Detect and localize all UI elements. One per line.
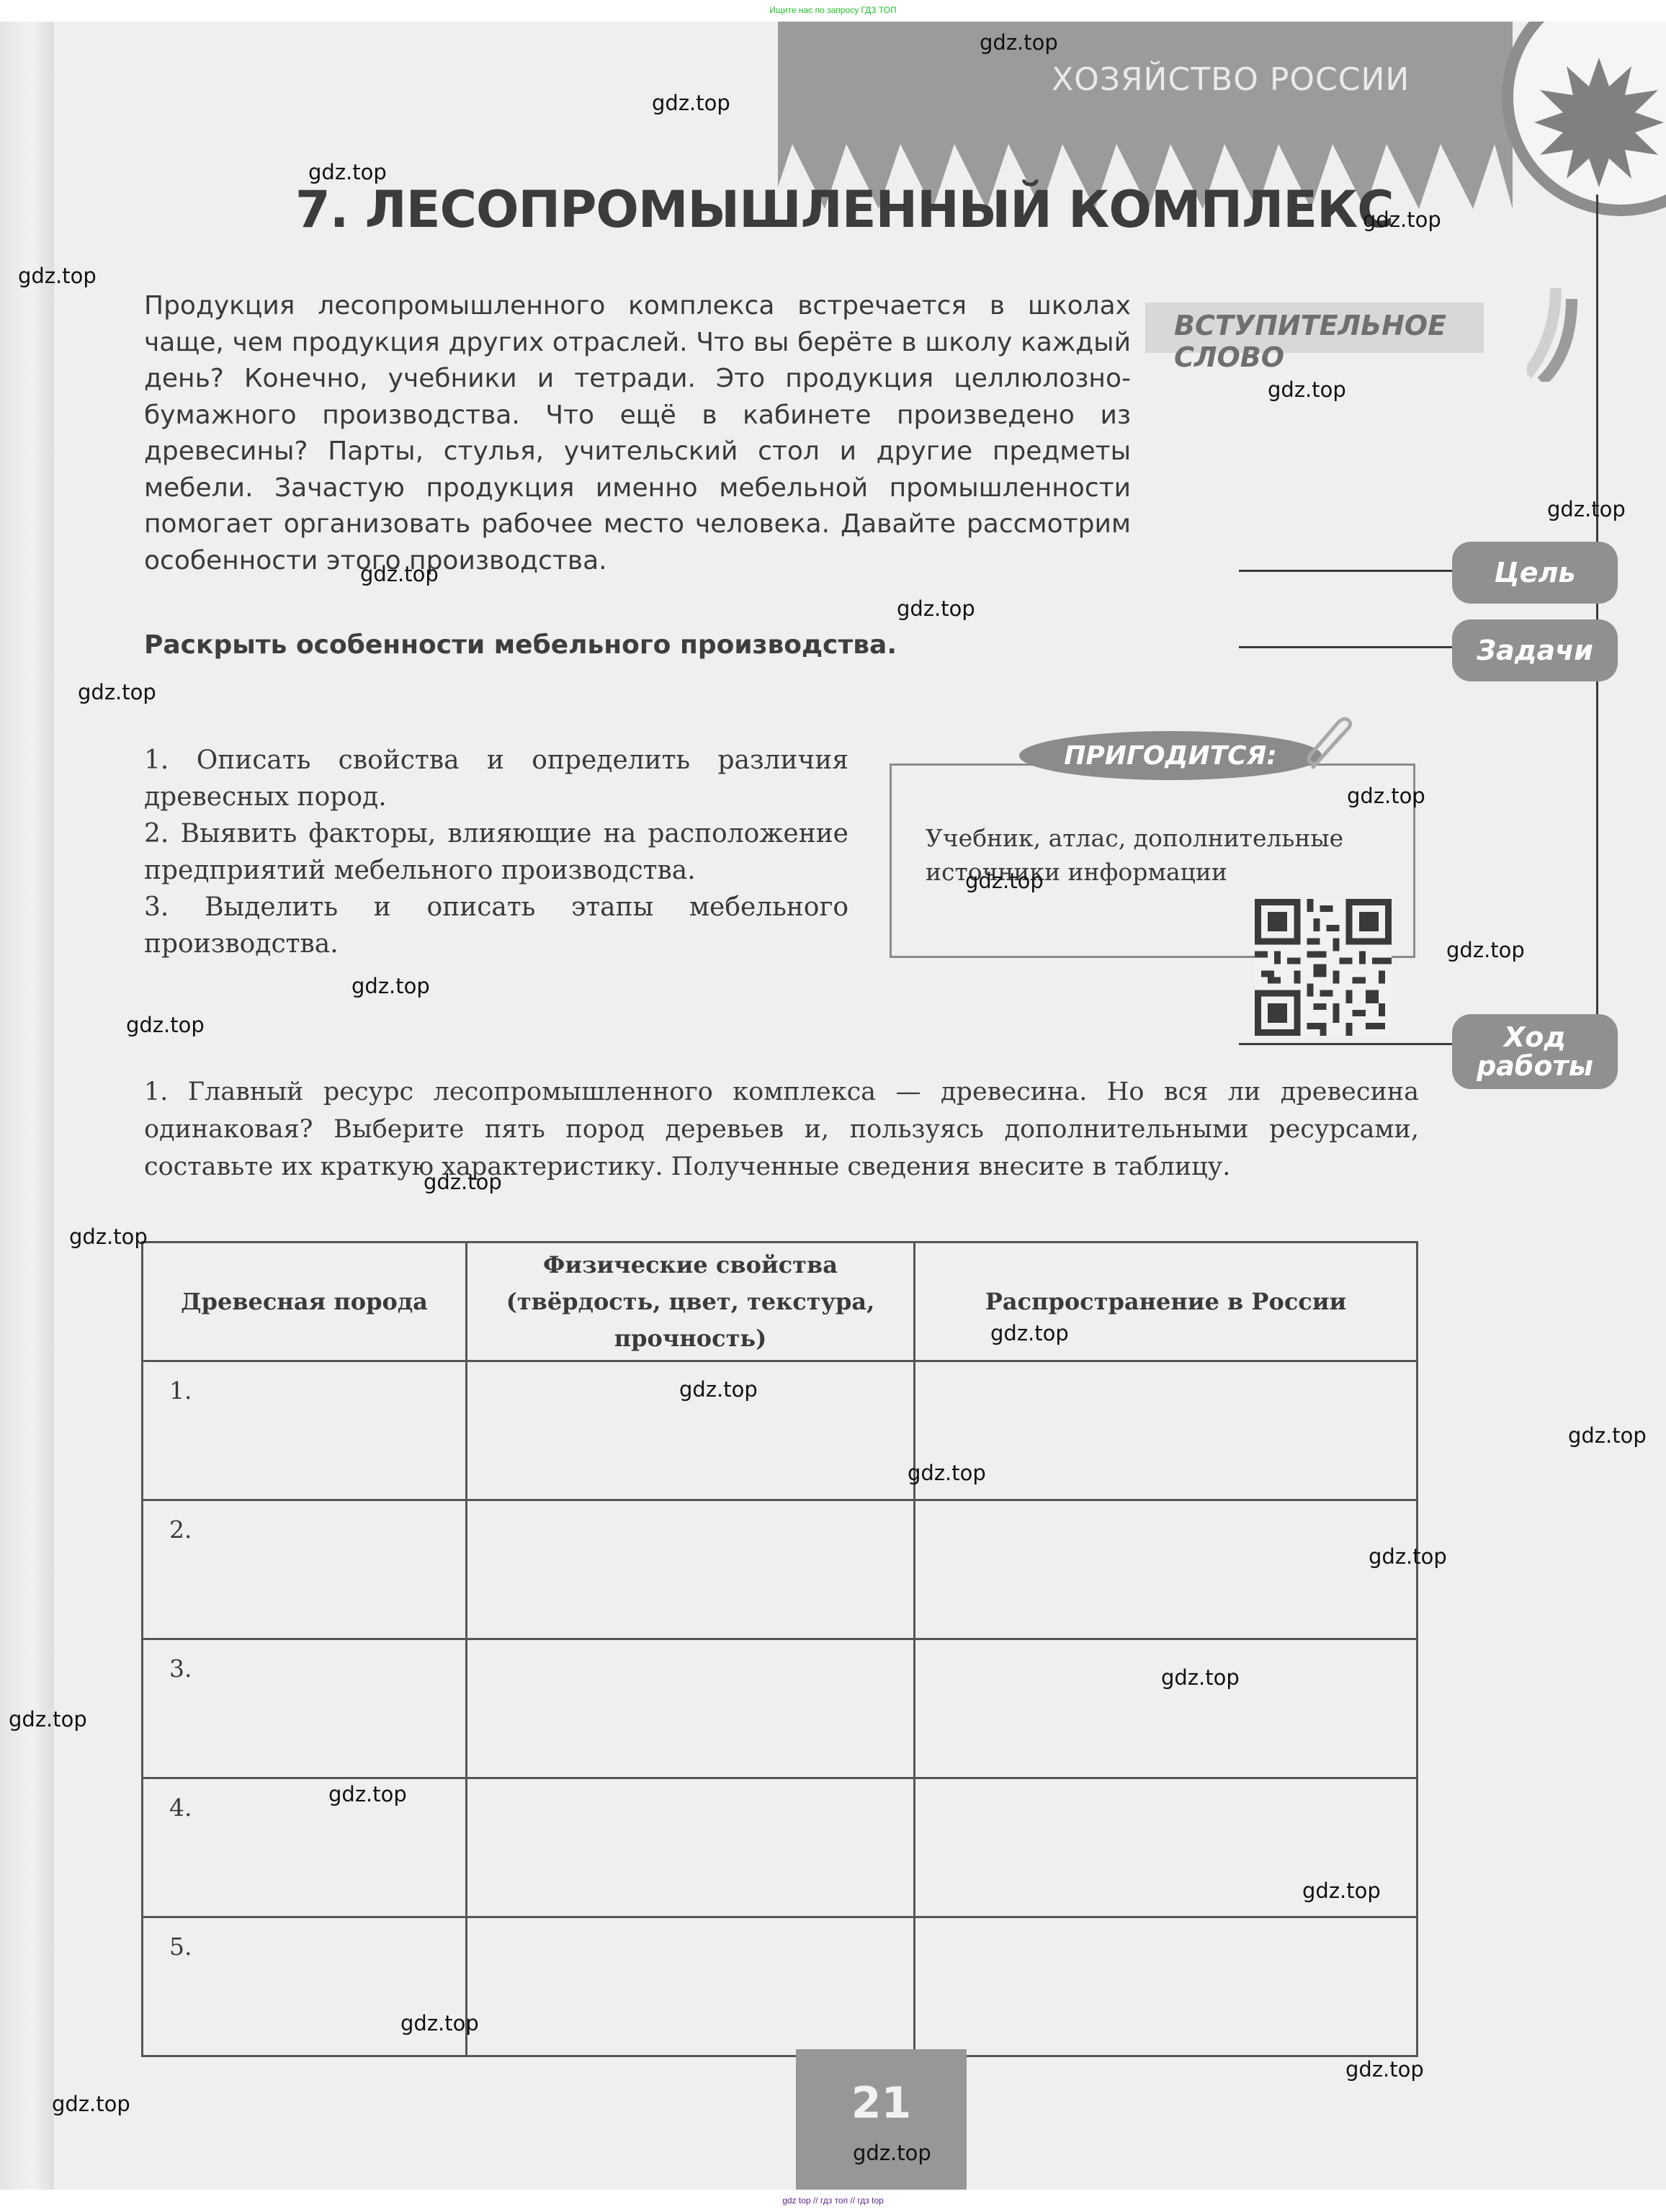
watermark: gdz.top	[1268, 377, 1346, 402]
watermark: gdz.top	[1446, 938, 1525, 962]
star-emblem-icon	[1527, 54, 1666, 191]
column-header-species: Древесная порода	[143, 1242, 467, 1361]
watermark: gdz.top	[424, 1170, 502, 1194]
table-row: 1.	[143, 1361, 1418, 1500]
watermark: gdz.top	[18, 264, 97, 288]
watermark: gdz.top	[1547, 497, 1626, 521]
intro-label-text: ВСТУПИТЕЛЬНОЕ СЛОВО	[1174, 310, 1549, 373]
task-1-text: 1. Главный ресурс лесопромышленного комп…	[144, 1073, 1419, 1186]
goal-tag: Цель	[1452, 542, 1618, 604]
watermark: gdz.top	[400, 2011, 479, 2036]
bottom-banner[interactable]: gdz top // гдз топ // гдз top	[0, 2190, 1666, 2212]
watermark: gdz.top	[990, 1321, 1069, 1345]
watermark: gdz.top	[853, 2141, 931, 2165]
table-row: 5.	[143, 1917, 1418, 2056]
task-item: 1. Описать свойства и определить различи…	[144, 742, 848, 815]
watermark: gdz.top	[908, 1461, 986, 1485]
task-item: 3. Выделить и описать этапы мебельного п…	[144, 889, 848, 962]
column-header-properties: Физические свойства (твёрдость, цвет, те…	[467, 1242, 915, 1361]
task-item: 2. Выявить факторы, влияющие на располож…	[144, 815, 848, 889]
table-row: 3.	[143, 1639, 1418, 1778]
properties-cell[interactable]	[467, 1917, 915, 2056]
arc-decoration	[1527, 281, 1577, 382]
distribution-cell[interactable]	[915, 1639, 1418, 1778]
distribution-cell[interactable]	[915, 1917, 1418, 2056]
page-spine	[0, 22, 54, 2190]
row-number: 4.	[143, 1778, 467, 1917]
watermark: gdz.top	[1568, 1423, 1647, 1448]
watermark: gdz.top	[965, 869, 1044, 893]
watermark: gdz.top	[897, 596, 975, 621]
tasks-tag: Задачи	[1452, 619, 1618, 681]
tasks-connector	[1239, 646, 1452, 648]
watermark: gdz.top	[679, 1377, 758, 1402]
row-number: 2.	[143, 1500, 467, 1639]
watermark: gdz.top	[328, 1782, 407, 1806]
distribution-cell[interactable]	[915, 1361, 1418, 1500]
watermark: gdz.top	[351, 974, 430, 998]
goal-connector	[1239, 570, 1452, 572]
watermark: gdz.top	[1161, 1665, 1240, 1690]
properties-cell[interactable]	[467, 1778, 915, 1917]
top-banner[interactable]: Ищите нас по запросу ГДЗ ТОП	[0, 0, 1666, 22]
goal-text: Раскрыть особенности мебельного производ…	[144, 630, 897, 660]
watermark: gdz.top	[69, 1224, 148, 1249]
workflow-tag: Ход работы	[1452, 1014, 1618, 1089]
watermark: gdz.top	[1345, 2057, 1424, 2082]
watermark: gdz.top	[1363, 207, 1441, 232]
watermark: gdz.top	[1369, 1544, 1447, 1569]
properties-cell[interactable]	[467, 1500, 915, 1639]
page-number: 21	[796, 2078, 967, 2128]
table-header-row: Древесная порода Физические свойства (тв…	[143, 1242, 1418, 1361]
row-number: 3.	[143, 1639, 467, 1778]
watermark: gdz.top	[1347, 784, 1425, 808]
intro-section-label: ВСТУПИТЕЛЬНОЕ СЛОВО	[1145, 303, 1549, 360]
distribution-cell[interactable]	[915, 1500, 1418, 1639]
watermark: gdz.top	[78, 680, 156, 704]
useful-badge: ПРИГОДИТСЯ:	[1019, 731, 1322, 780]
watermark: gdz.top	[9, 1707, 87, 1732]
qr-code-icon[interactable]	[1255, 899, 1392, 1036]
watermark: gdz.top	[308, 160, 387, 184]
watermark: gdz.top	[652, 91, 730, 115]
table-row: 2.	[143, 1500, 1418, 1639]
workbook-page: ХОЗЯЙСТВО РОССИИ 7. ЛЕСОПРОМЫШЛЕННЫЙ КОМ…	[0, 22, 1666, 2190]
row-number: 1.	[143, 1361, 467, 1500]
watermark: gdz.top	[360, 562, 439, 586]
properties-cell[interactable]	[467, 1639, 915, 1778]
watermark: gdz.top	[126, 1013, 205, 1037]
watermark: gdz.top	[980, 30, 1058, 55]
watermark: gdz.top	[52, 2092, 130, 2116]
page-number-tab: 21	[796, 2049, 967, 2190]
watermark: gdz.top	[1302, 1879, 1381, 1903]
workflow-connector	[1239, 1043, 1452, 1045]
chapter-title: 7. ЛЕСОПРОМЫШЛЕННЫЙ КОМПЛЕКС	[295, 180, 1394, 239]
intro-text: Продукция лесопромышленного комплекса вс…	[144, 288, 1131, 579]
section-title: ХОЗЯЙСТВО РОССИИ	[1052, 61, 1410, 98]
wood-species-table: Древесная порода Физические свойства (тв…	[141, 1241, 1418, 2057]
paperclip-icon	[1302, 717, 1360, 774]
tasks-list: 1. Описать свойства и определить различи…	[144, 742, 848, 962]
